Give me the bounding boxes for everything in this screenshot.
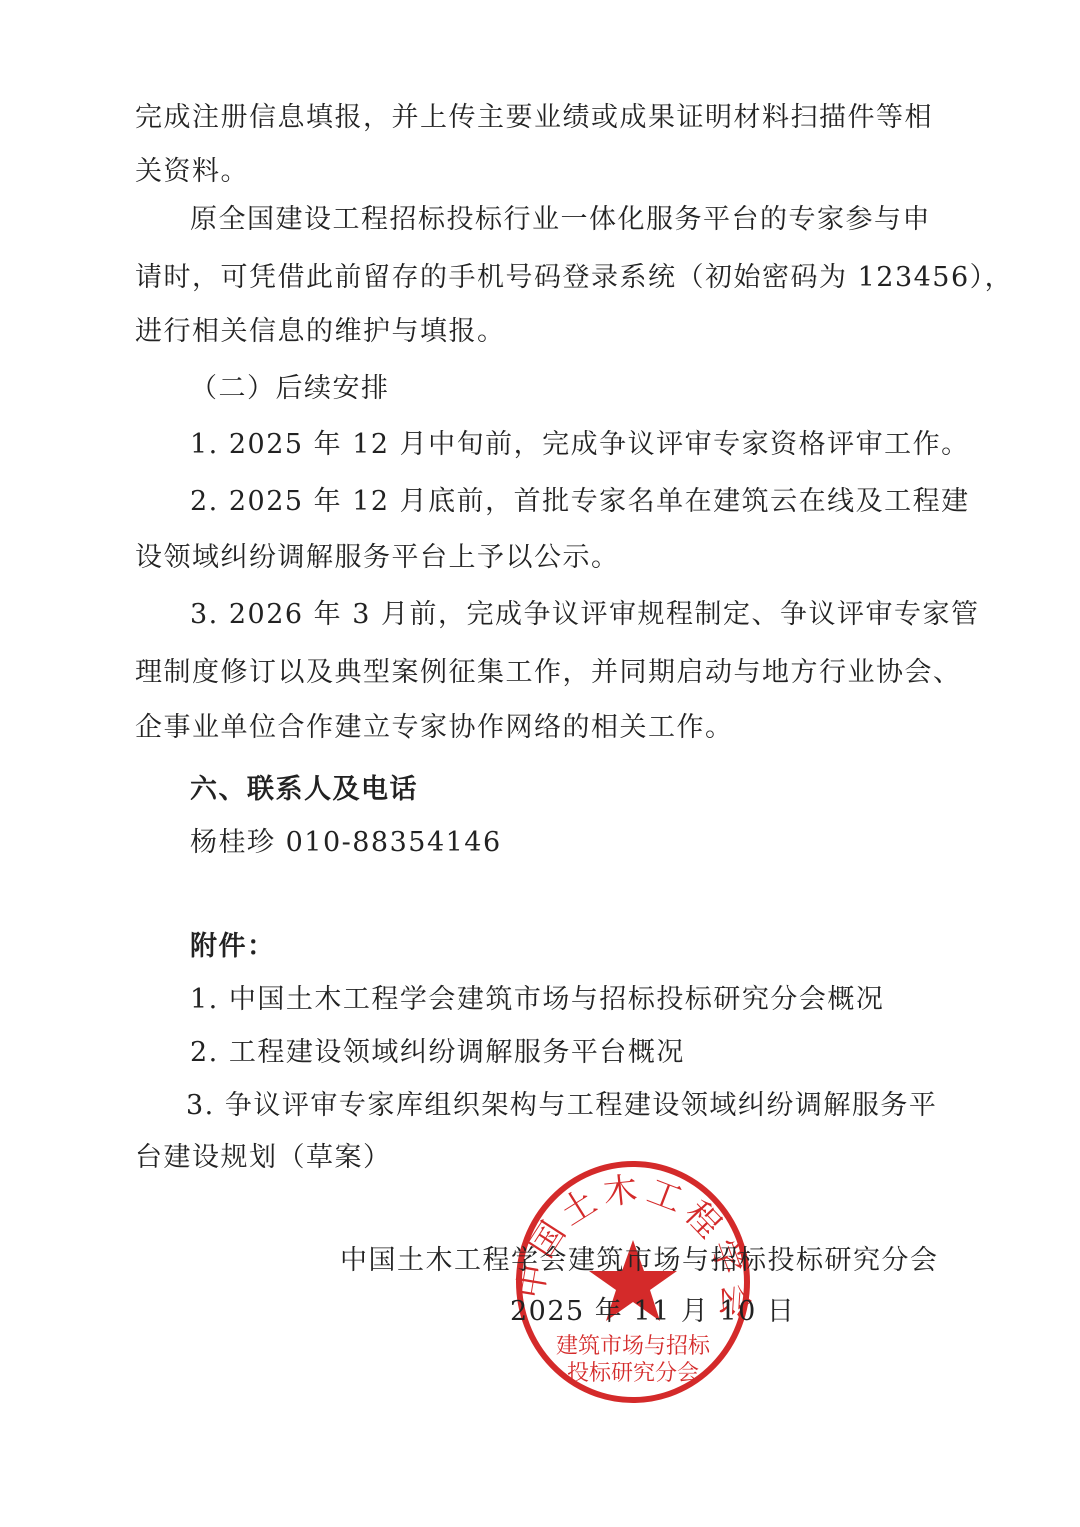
- paragraph-line: 3. 2026 年 3 月前，完成争议评审规程制定、争议评审专家管: [190, 598, 979, 632]
- paragraph-line: 设领域纠纷调解服务平台上予以公示。: [135, 541, 620, 575]
- attachment-item-3: 3. 争议评审专家库组织架构与工程建设领域纠纷调解服务平: [186, 1089, 937, 1123]
- paragraph-line: 企事业单位合作建立专家协作网络的相关工作。: [135, 711, 734, 745]
- attachment-item-1: 1. 中国土木工程学会建筑市场与招标投标研究分会概况: [190, 983, 884, 1017]
- paragraph-line: （二）后续安排: [190, 372, 390, 406]
- paragraph-line: 进行相关信息的维护与填报。: [135, 315, 506, 349]
- paragraph-line: 请时，可凭借此前留存的手机号码登录系统（初始密码为 123456），: [135, 261, 1013, 295]
- paragraph-line: 2. 2025 年 12 月底前，首批专家名单在建筑云在线及工程建: [190, 485, 970, 519]
- signature-date: 2025 年 11 月 10 日: [510, 1295, 795, 1329]
- attachment-item-3-continuation: 台建设规划（草案）: [135, 1141, 392, 1175]
- signature-organization: 中国土木工程学会建筑市场与招标投标研究分会: [340, 1244, 939, 1278]
- attachment-item-2: 2. 工程建设领域纠纷调解服务平台概况: [190, 1036, 685, 1070]
- svg-text:建筑市场与招标: 建筑市场与招标: [556, 1334, 711, 1359]
- contact-heading: 六、联系人及电话: [190, 773, 418, 807]
- paragraph-line: 关资料。: [135, 155, 249, 189]
- paragraph-line: 原全国建设工程招标投标行业一体化服务平台的专家参与申: [190, 203, 931, 237]
- paragraph-line: 1. 2025 年 12 月中旬前，完成争议评审专家资格评审工作。: [190, 428, 970, 462]
- paragraph-line: 理制度修订以及典型案例征集工作，并同期启动与地方行业协会、: [135, 656, 962, 690]
- official-seal-icon: 中国土木工程学会 建筑市场与招标 投标研究分会: [513, 1158, 753, 1406]
- svg-text:投标研究分会: 投标研究分会: [567, 1361, 699, 1386]
- paragraph-line: 完成注册信息填报，并上传主要业绩或成果证明材料扫描件等相: [135, 101, 933, 135]
- contact-line: 杨桂珍 010-88354146: [190, 826, 502, 860]
- attachments-heading: 附件：: [190, 930, 276, 964]
